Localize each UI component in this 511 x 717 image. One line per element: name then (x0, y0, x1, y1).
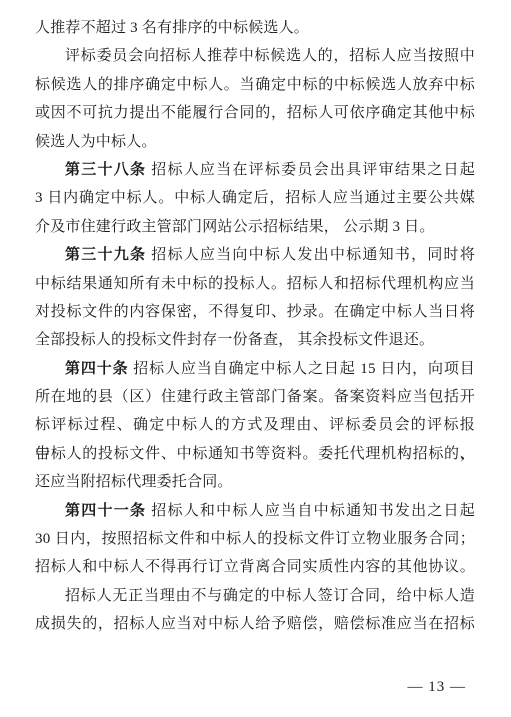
text-line: 评标委员会向招标人推荐中标候选人的，招标人应当按照中 (35, 42, 475, 70)
text-line: 第三十九条 招标人应当向中标人发出中标通知书，同时将 (35, 241, 475, 269)
text-line: 标评标过程、确定中标人的方式及理由、评标委员会的评标报告、 (35, 411, 475, 439)
text-line: 30 日内，按照招标文件和中标人的投标文件订立物业服务合同； (35, 525, 475, 553)
text-line: 或因不可抗力提出不能履行合同的，招标人可依序确定其他中标 (35, 99, 475, 127)
text-line: 介及市住建行政主管部门网站公示招标结果， 公示期 3 日。 (35, 213, 475, 241)
text-line: 成损失的，招标人应当对中标人给予赔偿，赔偿标准应当在招标 (35, 610, 475, 638)
text-line: 还应当附招标代理委托合同。 (35, 468, 475, 496)
text-line: 第四十一条 招标人和中标人应当自中标通知书发出之日起 (35, 497, 475, 525)
text-line: 第三十八条 招标人应当在评标委员会出具评审结果之日起 (35, 156, 475, 184)
text-line: 招标人和中标人不得再行订立背离合同实质性内容的其他协议。 (35, 553, 475, 581)
article-number: 第三十八条 (65, 162, 146, 178)
text-line: 中标结果通知所有未中标的投标人。招标人和招标代理机构应当 (35, 270, 475, 298)
text-line: 标候选人的排序确定中标人。当确定中标的中标候选人放弃中标 (35, 71, 475, 99)
document-page: 人推荐不超过 3 名有排序的中标候选人。评标委员会向招标人推荐中标候选人的，招标… (0, 0, 511, 717)
text-line: 对投标文件的内容保密，不得复印、抄录。在确定中标人当日将 (35, 298, 475, 326)
body-text: 人推荐不超过 3 名有排序的中标候选人。评标委员会向招标人推荐中标候选人的，招标… (35, 14, 475, 639)
text-line: 全部投标人的投标文件封存一份备查， 其余投标文件退还。 (35, 326, 475, 354)
article-number: 第四十一条 (65, 503, 146, 519)
article-number: 第四十条 (65, 361, 129, 377)
page-number: — 13 — (408, 677, 467, 697)
text-line: 人推荐不超过 3 名有排序的中标候选人。 (35, 14, 475, 42)
text-line: 招标人无正当理由不与确定的中标人签订合同，给中标人造 (35, 582, 475, 610)
text-line: 所在地的县（区）住建行政主管部门备案。备案资料应当包括开 (35, 383, 475, 411)
text-line: 候选人为中标人。 (35, 128, 475, 156)
text-line: 第四十条 招标人应当自确定中标人之日起 15 日内，向项目 (35, 355, 475, 383)
article-number: 第三十九条 (65, 247, 146, 263)
text-line: 3 日内确定中标人。中标人确定后，招标人应当通过主要公共媒 (35, 184, 475, 212)
text-line: 中标人的投标文件、中标通知书等资料。委托代理机构招标的， (35, 440, 475, 468)
